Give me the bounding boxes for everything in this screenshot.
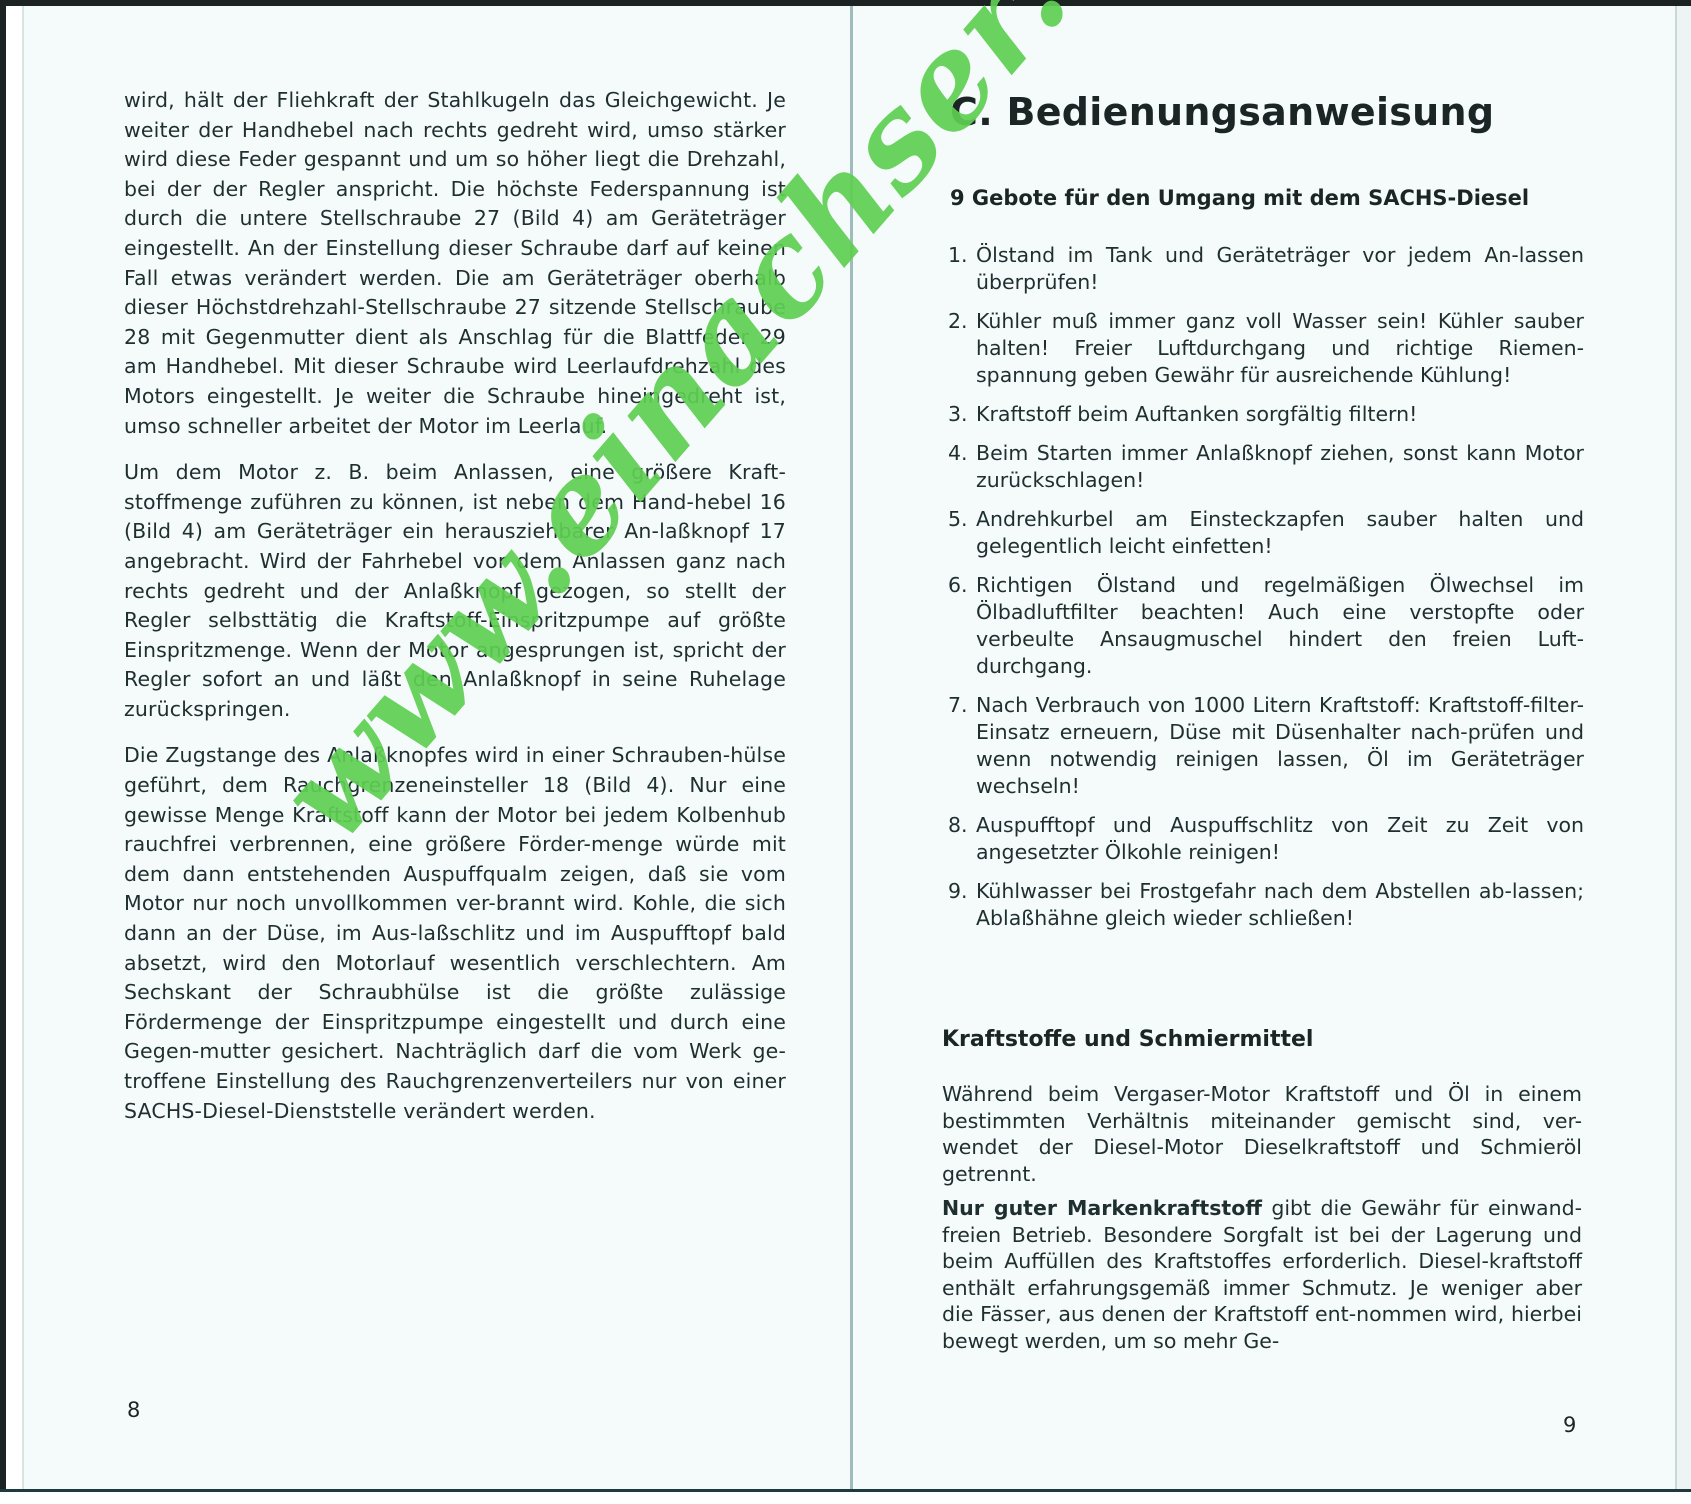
- rule-text: Auspufftopf und Auspuffschlitz von Zeit …: [976, 812, 1584, 866]
- rule-number: 8.: [948, 812, 976, 866]
- left-paragraph-1: wird, hält der Fliehkraft der Stahlkugel…: [124, 86, 786, 441]
- rule-text: Kühlwasser bei Frostgefahr nach dem Abst…: [976, 878, 1584, 932]
- rule-text: Richtigen Ölstand und regelmäßigen Ölwec…: [976, 572, 1584, 680]
- rule-text: Beim Starten immer Anlaßknopf ziehen, so…: [976, 440, 1584, 494]
- rule-text: Ölstand im Tank und Geräteträger vor jed…: [976, 242, 1584, 296]
- scan-right-margin: [1675, 6, 1691, 1489]
- left-paragraph-3: Die Zugstange des Anlaßknopfes wird in e…: [124, 741, 786, 1126]
- rule-number: 1.: [948, 242, 976, 296]
- rule-text: Nach Verbrauch von 1000 Litern Kraftstof…: [976, 692, 1584, 800]
- rule-item: 8.Auspufftopf und Auspuffschlitz von Zei…: [948, 812, 1584, 866]
- rule-item: 2.Kühler muß immer ganz voll Wasser sein…: [948, 308, 1584, 389]
- rule-item: 6.Richtigen Ölstand und regelmäßigen Ölw…: [948, 572, 1584, 680]
- left-page-body: wird, hält der Fliehkraft der Stahlkugel…: [124, 86, 786, 1143]
- rule-text: Kraftstoff beim Auftanken sorgfältig fil…: [976, 401, 1584, 428]
- fuels-paragraph-2: Nur guter Markenkraftstoff gibt die Gewä…: [942, 1195, 1582, 1354]
- page-number-left: 8: [127, 1398, 140, 1422]
- rule-text: Andrehkurbel am Einsteckzapfen sauber ha…: [976, 506, 1584, 560]
- rule-item: 7.Nach Verbrauch von 1000 Litern Kraftst…: [948, 692, 1584, 800]
- rule-number: 5.: [948, 506, 976, 560]
- rule-item: 9.Kühlwasser bei Frostgefahr nach dem Ab…: [948, 878, 1584, 932]
- rule-number: 4.: [948, 440, 976, 494]
- rule-number: 7.: [948, 692, 976, 800]
- left-page: wird, hält der Fliehkraft der Stahlkugel…: [24, 6, 850, 1489]
- scan-bottom-edge: [0, 1489, 1691, 1504]
- rule-item: 5.Andrehkurbel am Einsteckzapfen sauber …: [948, 506, 1584, 560]
- emphasis-text: Nur guter Markenkraftstoff: [942, 1196, 1262, 1220]
- rule-number: 3.: [948, 401, 976, 428]
- rule-number: 6.: [948, 572, 976, 680]
- rule-item: 3.Kraftstoff beim Auftanken sorgfältig f…: [948, 401, 1584, 428]
- fuels-paragraph-1: Während beim Vergaser-Motor Kraftstoff u…: [942, 1081, 1582, 1187]
- rule-number: 9.: [948, 878, 976, 932]
- booklet-page-edge: [6, 6, 24, 1490]
- rules-list: 1.Ölstand im Tank und Geräteträger vor j…: [948, 242, 1584, 944]
- page-number-right: 9: [1563, 1413, 1576, 1437]
- rules-heading: 9 Gebote für den Umgang mit dem SACHS-Di…: [950, 186, 1529, 210]
- rule-item: 4.Beim Starten immer Anlaßknopf ziehen, …: [948, 440, 1584, 494]
- left-paragraph-2: Um dem Motor z. B. beim Anlassen, eine g…: [124, 458, 786, 724]
- rule-text: Kühler muß immer ganz voll Wasser sein! …: [976, 308, 1584, 389]
- fuels-heading: Kraftstoffe und Schmiermittel: [942, 1027, 1313, 1052]
- rule-item: 1.Ölstand im Tank und Geräteträger vor j…: [948, 242, 1584, 296]
- rule-number: 2.: [948, 308, 976, 389]
- section-title: C. Bedienungsanweisung: [950, 90, 1494, 134]
